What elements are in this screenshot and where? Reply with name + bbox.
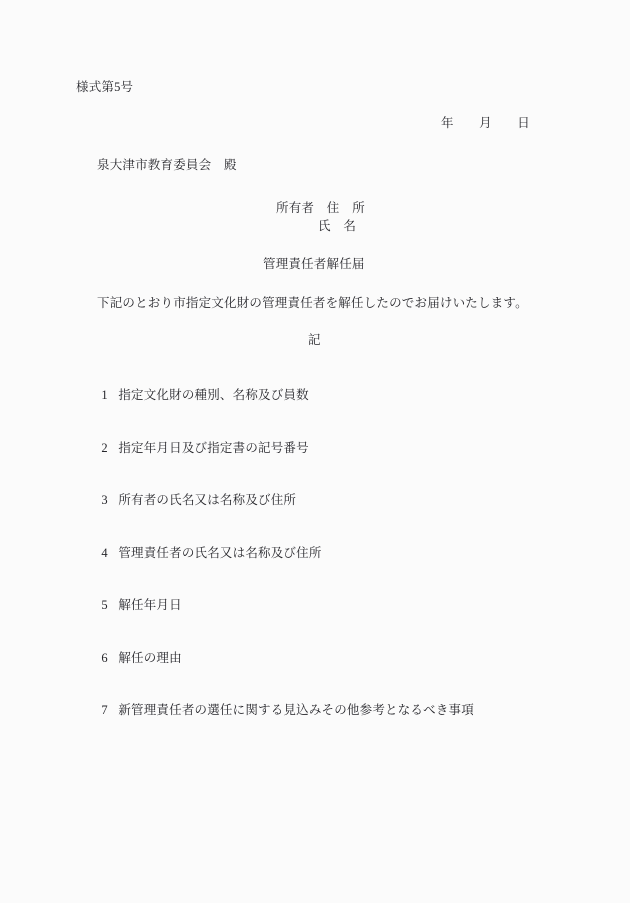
list-item-5: 5解任年月日 bbox=[88, 584, 182, 626]
item-text: 解任年月日 bbox=[118, 598, 182, 612]
item-text: 指定文化財の種別、名称及び員数 bbox=[118, 388, 309, 402]
item-number: 5 bbox=[101, 598, 118, 612]
list-item-3: 3所有者の氏名又は名称及び住所 bbox=[88, 479, 296, 521]
list-marker: 記 bbox=[308, 333, 321, 347]
item-number: 2 bbox=[101, 441, 118, 455]
list-item-4: 4管理責任者の氏名又は名称及び住所 bbox=[88, 532, 322, 574]
item-number: 3 bbox=[101, 493, 118, 507]
item-text: 管理責任者の氏名又は名称及び住所 bbox=[118, 546, 321, 560]
list-item-7: 7新管理責任者の選任に関する見込みその他参考となるべき事項 bbox=[88, 689, 474, 731]
item-text: 指定年月日及び指定書の記号番号 bbox=[118, 441, 309, 455]
item-text: 所有者の氏名又は名称及び住所 bbox=[118, 493, 296, 507]
item-number: 4 bbox=[101, 546, 118, 560]
form-number: 様式第5号 bbox=[76, 80, 133, 94]
item-text: 新管理責任者の選任に関する見込みその他参考となるべき事項 bbox=[118, 703, 474, 717]
item-number: 7 bbox=[101, 703, 118, 717]
addressee: 泉大津市教育委員会 殿 bbox=[97, 158, 237, 172]
item-number: 6 bbox=[101, 651, 118, 665]
list-item-1: 1指定文化財の種別、名称及び員数 bbox=[88, 374, 309, 416]
item-number: 1 bbox=[101, 388, 118, 402]
list-item-6: 6解任の理由 bbox=[88, 637, 182, 679]
list-item-2: 2指定年月日及び指定書の記号番号 bbox=[88, 427, 309, 469]
owner-name-line: 氏 名 bbox=[318, 219, 356, 233]
item-text: 解任の理由 bbox=[118, 651, 182, 665]
date-line: 年 月 日 bbox=[441, 116, 530, 130]
body-text: 下記のとおり市指定文化財の管理責任者を解任したのでお届けいたします。 bbox=[97, 296, 528, 310]
document-page: 様式第5号 年 月 日 泉大津市教育委員会 殿 所有者 住 所 氏 名 管理責任… bbox=[0, 0, 630, 903]
document-title: 管理責任者解任届 bbox=[263, 257, 365, 271]
owner-address-line: 所有者 住 所 bbox=[276, 201, 365, 215]
